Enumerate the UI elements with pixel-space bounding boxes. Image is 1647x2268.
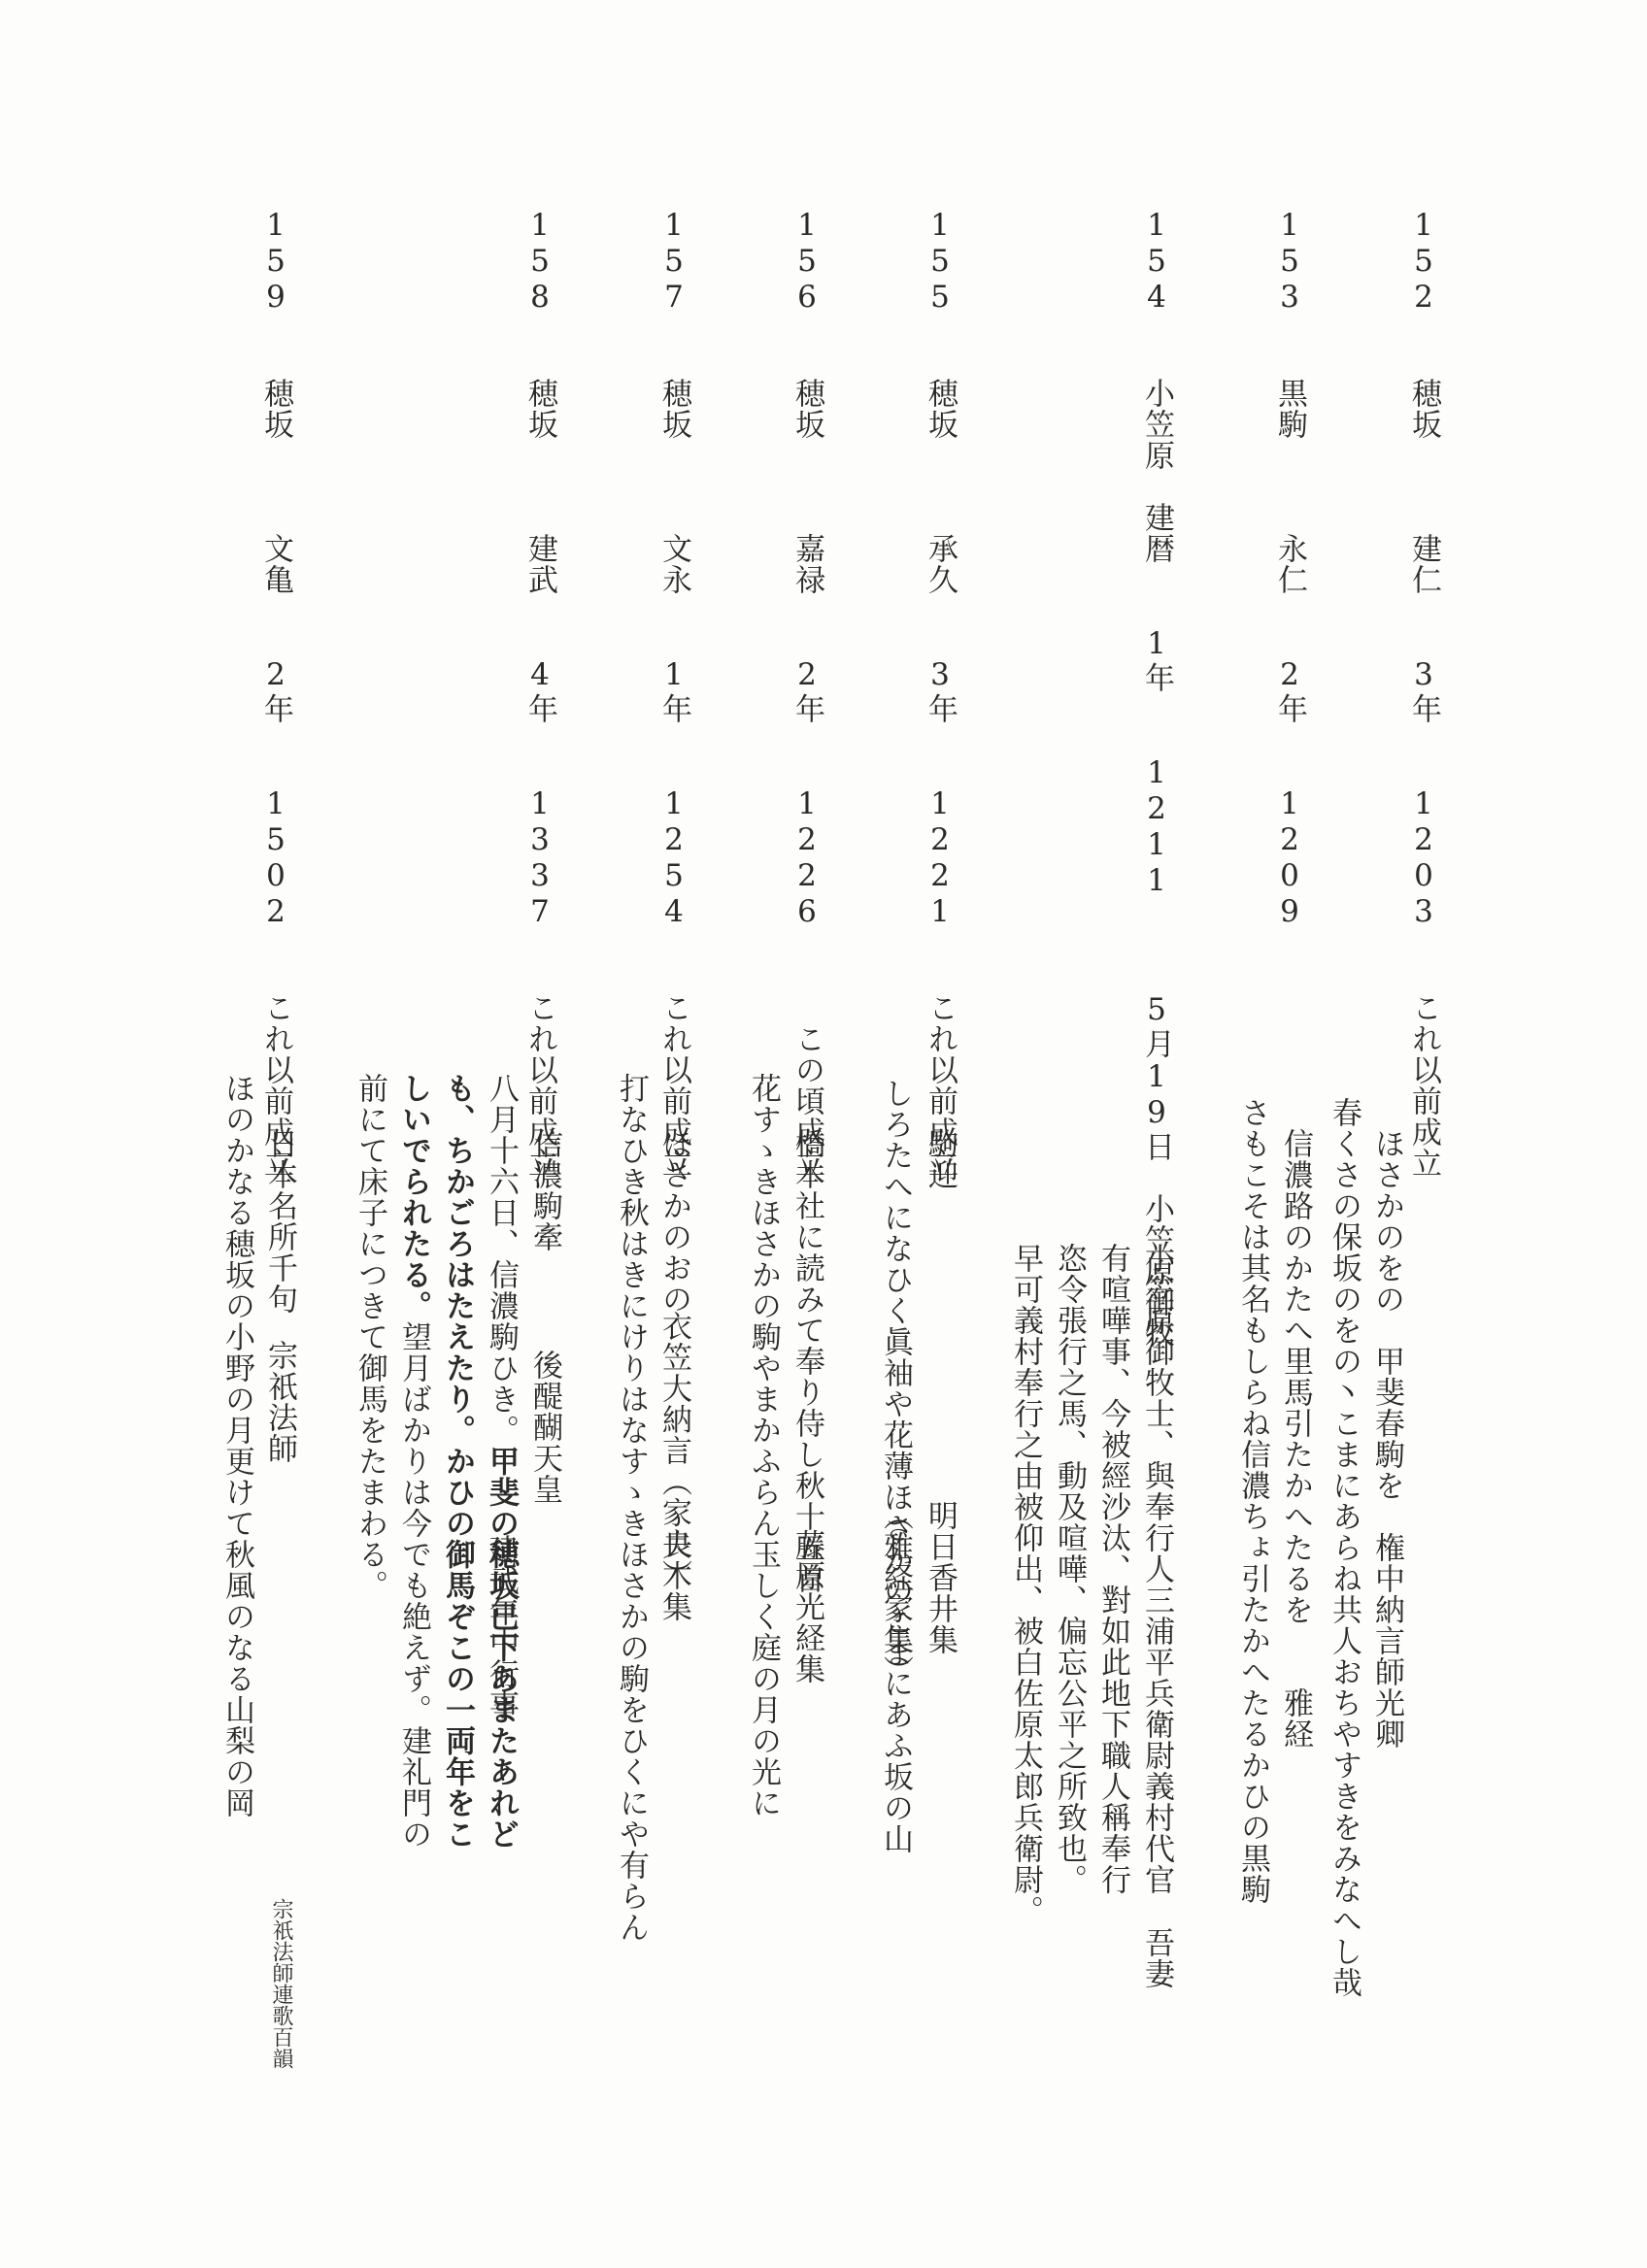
entry-era: 承久 xyxy=(923,533,958,595)
entry-157-source: 夫木集 xyxy=(658,1529,689,1622)
entry-place: 穂坂 xyxy=(1406,378,1441,440)
entry-year: 2年 xyxy=(258,657,293,724)
entry-era: 永仁 xyxy=(1272,533,1307,595)
entry-place: 黒駒 xyxy=(1272,378,1307,440)
entry-154-header: 154 小笠原 建暦 1年 1211 5月19日 小笠原御牧 xyxy=(1141,136,1201,1107)
entry-158-header: 158 穂坂 建武 4年 1337 これ以前成立 xyxy=(524,136,585,971)
entry-ad-year: 1203 xyxy=(1406,786,1441,930)
entry-number: 156 xyxy=(790,208,824,316)
entry-year: 1年 xyxy=(1139,626,1174,693)
entry-154-line1: 小笠原御牧士、與奉行人三浦平兵衛尉義村代官 xyxy=(1141,1243,1171,1895)
entry-era: 文永 xyxy=(656,533,691,595)
entry-152-header: 152 穂坂 建仁 3年 1203 これ以前成立 xyxy=(1408,136,1468,971)
entry-place: 小笠原 xyxy=(1139,378,1174,471)
entry-ad-year: 1226 xyxy=(790,786,824,930)
entry-era: 建武 xyxy=(522,533,557,595)
entry-year: 2年 xyxy=(1272,657,1307,724)
entry-153-header: 153 黒駒 永仁 2年 1209 xyxy=(1274,136,1334,971)
entry-158-line4: しいでられたる。望月ばかりは今でも絶えず。建礼門の xyxy=(398,1073,428,1850)
entry-ad-year: 1221 xyxy=(923,786,958,930)
entry-era: 文亀 xyxy=(258,533,293,595)
entry-number: 158 xyxy=(522,208,557,316)
entry-158-author: 後醍醐天皇 xyxy=(529,1350,559,1505)
entry-year: 2年 xyxy=(790,657,824,724)
page: { "entries": [ {"no": "152", "place": "穂… xyxy=(0,0,1647,2268)
entry-159-source: 宗祇法師連歌百韻 xyxy=(270,1898,291,2069)
entry-note: これ以前成立 xyxy=(1406,992,1441,1179)
entry-152-title-line: ほさかのをの 甲斐春駒を 権中納言師光卿 xyxy=(1371,1097,1401,2165)
entry-ad-year: 1211 xyxy=(1139,755,1174,899)
entry-156-header: 156 穂坂 嘉禄 2年 1226 この頃成立 xyxy=(791,136,852,971)
entry-place: 穂坂 xyxy=(258,378,293,440)
entry-156-source: 藤原光経集 xyxy=(791,1529,822,1684)
entry-place: 穂坂 xyxy=(790,378,824,440)
entry-year: 3年 xyxy=(923,657,958,724)
entry-157-title-line: ほさかのおの xyxy=(658,1097,689,1315)
entry-place: 穂坂 xyxy=(923,378,958,440)
entry-154-line4: 早可義村奉行之由被仰出、被白佐原太郎兵衛尉。 xyxy=(1010,1243,1040,1926)
entry-154-source: 吾妻 xyxy=(1141,1927,1171,1989)
entry-159-author: 宗祇法師 xyxy=(264,1340,294,1464)
entry-ad-year: 1502 xyxy=(258,786,293,930)
entry-158-line2: 八月十六日、信濃駒ひき。甲斐の穂坂已下あまたあれど xyxy=(486,1073,516,1850)
entry-ad-year: 1209 xyxy=(1272,786,1307,930)
entry-159-poem: ほのかなる穂坂の小野の月更けて秋風のなる山梨の岡 xyxy=(221,1073,252,1818)
entry-era: 嘉禄 xyxy=(790,533,824,595)
entry-156-title-line: 橋本社に読みて奉り侍し秋十五首 xyxy=(791,1097,822,1594)
entry-number: 155 xyxy=(923,208,958,316)
entry-155-header: 155 穂坂 承久 3年 1221 これ以前成立 xyxy=(924,136,985,971)
entry-place: 穂坂 xyxy=(656,378,691,440)
entry-ad-year: 1337 xyxy=(522,786,557,930)
entry-year: 1年 xyxy=(656,657,691,724)
entry-155-source: 明日香井集 xyxy=(924,1500,955,1655)
entry-number: 157 xyxy=(656,208,691,316)
entry-158-line3: も、ちかごろはたえたり。かひの御馬ぞこの一両年をこ xyxy=(442,1073,472,1850)
entry-157-header: 157 穂坂 文永 1年 1254 これ以前成立 xyxy=(658,136,719,971)
entry-158-line5: 前にて床子につきて御馬をたまわる。 xyxy=(354,1073,385,1601)
entry-154-line3: 恣令張行之馬、動及喧嘩、偏忘公平之所致也。 xyxy=(1054,1243,1084,1895)
entry-number: 154 xyxy=(1139,208,1174,316)
entry-year: 3年 xyxy=(1406,657,1441,724)
entry-157-poem: 打なひき秋はきにけりはなすゝきほさかの駒をひくにや有らん xyxy=(616,1073,646,1943)
entry-era: 建仁 xyxy=(1406,533,1441,595)
entry-number: 153 xyxy=(1272,208,1307,316)
entry-156-poem: 花すゝきほさかの駒やまかふらん玉しく庭の月の光に xyxy=(748,1073,778,1818)
entry-152-poem: 春くさの保坂のをの丶こまにあらね共人おちやすきをみなへし哉 xyxy=(1328,1097,1359,2165)
entry-number: 159 xyxy=(258,208,293,316)
entry-ad-year: 1254 xyxy=(656,786,691,930)
entry-159-title-line: 日本名所千句 xyxy=(264,1097,294,1315)
entry-153-poem: さもこそは其名もしらね信濃ちょ引たかへたるかひの黒駒 xyxy=(1237,1097,1267,2165)
entry-155-title-line: 駒迎 xyxy=(924,1097,955,1190)
entry-era: 建暦 xyxy=(1139,502,1174,564)
entry-155-poem-source: （雅経家集） xyxy=(880,1500,910,1686)
entry-number: 152 xyxy=(1406,208,1441,316)
entry-153-title-line: 信濃路のかたへ里馬引たかへたるを 雅経 xyxy=(1280,1097,1310,2165)
entry-154-line2: 有喧嘩事、今被經沙汰、對如此地下職人稱奉行 xyxy=(1097,1243,1127,1895)
entry-158-title-line: 信濃駒牽 xyxy=(529,1097,559,1252)
entry-year: 4年 xyxy=(522,657,557,724)
entry-155-poem: しろたへになひく眞袖や花薄ほさかのこまにあふ坂の山 xyxy=(880,1078,910,1854)
entry-159-header: 159 穂坂 文亀 2年 1502 これ以前成立 xyxy=(260,136,320,971)
entry-note: 5月19日 xyxy=(1139,992,1174,1162)
entry-place: 穂坂 xyxy=(522,378,557,440)
